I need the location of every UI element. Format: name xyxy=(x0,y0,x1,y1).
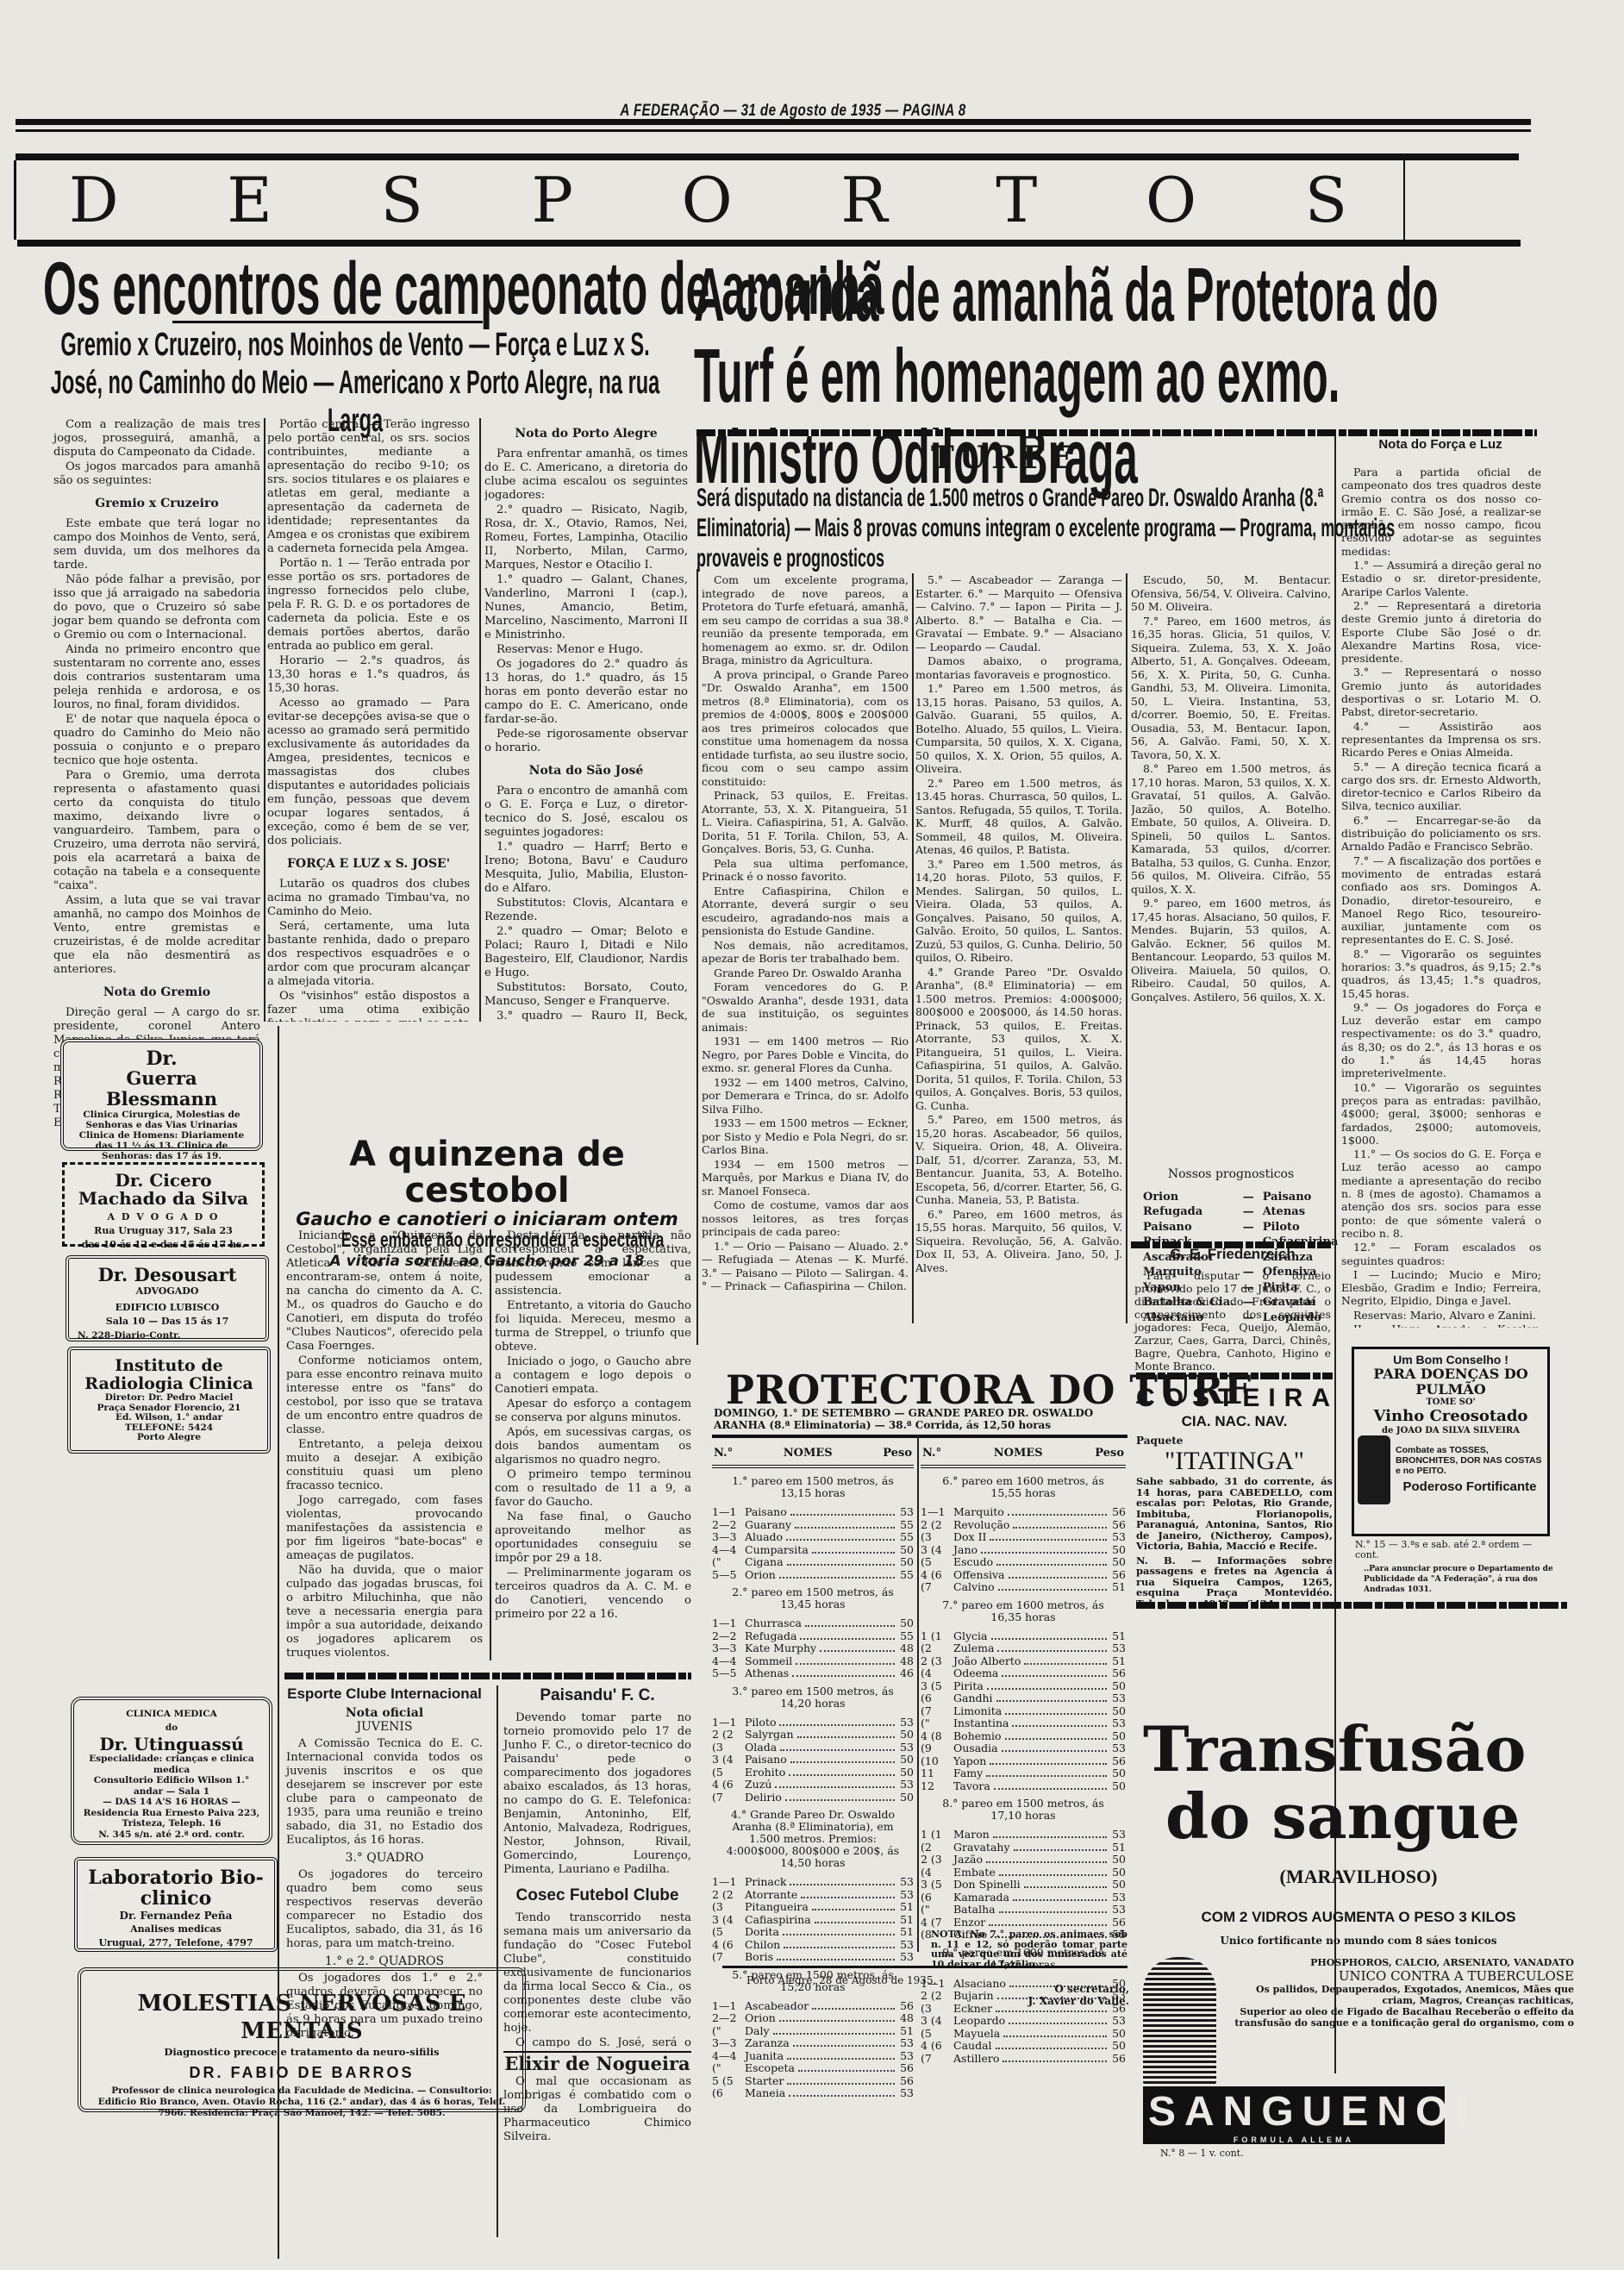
runner-row: 1 (1Maron53 xyxy=(921,1829,1126,1842)
runner-row: (5Mayuela50 xyxy=(921,2028,1126,2041)
paragraph: O primeiro tempo terminou com o resultad… xyxy=(495,1468,691,1510)
nota-sjose-title: Nota do São José xyxy=(484,764,688,778)
paragraph: Acesso ao gramado — Para evitar-se decep… xyxy=(267,697,470,848)
runner-row: (7Astillero56 xyxy=(921,2053,1126,2066)
ad-line: Professor de clinica neurologica da Facu… xyxy=(90,2086,514,2119)
paragraph: Não póde falhar a previsão, por isso que… xyxy=(53,573,260,642)
runner-row: (5Erohito50 xyxy=(712,1767,914,1779)
ad-line: Guerra Blessmann xyxy=(72,1068,251,1110)
cestobol-headline: A quinzena de cestobol xyxy=(284,1136,690,1209)
ad-line: Dr. Fernandez Peña xyxy=(86,1909,265,1923)
runner-row: (4Odeema56 xyxy=(921,1667,1126,1680)
gremio-column: Com a realização de mais tres jogos, pro… xyxy=(53,418,260,1127)
paragraph: E' de notar que naquela época o quadro d… xyxy=(53,713,260,768)
masthead-letter: S xyxy=(1305,164,1351,236)
table-column-rule xyxy=(917,1435,919,1952)
paragraph: 2.° — Representará a diretoria deste Gre… xyxy=(1341,599,1541,665)
paragraph: Os "visinhos" estão dispostos a fazer um… xyxy=(267,990,470,1022)
paragraph: 6.° Pareo, em 1600 metros, ás 15,55 hora… xyxy=(915,1208,1122,1275)
sanguenol-l9: Superior ao oleo de Figado de Bacalhau R… xyxy=(1223,2006,1574,2029)
turf-headline: A corrida de amanhã da Protetora do Turf… xyxy=(694,254,1515,497)
ad-line: DR. FABIO DE BARROS xyxy=(90,2064,514,2082)
paragraph: 5.° — Ascabeador — Zaranga — Estarter. 6… xyxy=(915,573,1122,653)
internacional-p2: Os jogadores do terceiro quadro bem como… xyxy=(286,1868,483,1951)
ad-line: Porto Alegre xyxy=(79,1433,259,1443)
prognostico-row: Refugada—Atenas xyxy=(1143,1205,1338,1219)
nota-gremio-title: Nota do Gremio xyxy=(53,985,260,999)
paragraph: Os jogadores do 2.° quadro ás 13 horas, … xyxy=(484,658,688,727)
internacional-p3: Os jogadores dos 1.° e 2.° quadros dever… xyxy=(286,1972,483,2041)
runner-row: (3Dox II53 xyxy=(921,1531,1126,1544)
sanguenol-formula: FORMULA ALLEMA xyxy=(1148,2136,1440,2144)
forca-sjose-body: Lutarão os quadros dos clubes acima no g… xyxy=(267,878,470,1022)
runner-row: 3—3Kate Murphy48 xyxy=(712,1642,914,1655)
paisandu-body: Devendo tomar parte no torneio promovido… xyxy=(503,1711,691,1877)
paragraph: Tendo transcorrido nesta semana mais um … xyxy=(503,1911,691,2035)
runner-row: ("Cigana50 xyxy=(712,1556,914,1569)
paragraph: O campo do S. José, será o local onde se… xyxy=(503,2036,691,2048)
paragraph: Substitutos: Borsato, Couto, Mancuso, Se… xyxy=(484,981,688,1009)
nota-sjose-body: Para o encontro de amanhã com o G. E. Fo… xyxy=(484,785,688,1022)
ad-line: Uruguai, 277, Telefone, 4797 xyxy=(86,1936,265,1950)
runner-row: 4 (6Caudal50 xyxy=(921,2040,1126,2053)
masthead-letter: T xyxy=(996,164,1040,236)
creosotado-l9: ..Para anunciar procure o Departamento d… xyxy=(1355,1564,1553,1595)
paragraph: Para o encontro de amanhã com o G. E. Fo… xyxy=(484,785,688,840)
paragraph: Este embate que terá logar no campo dos … xyxy=(53,517,260,572)
paragraph: Conforme noticiamos ontem, para esse enc… xyxy=(286,1354,483,1437)
paragraph: 1.° — Assumirá a direção geral no Estadi… xyxy=(1341,559,1541,598)
protectora-sign-name: J. Xavier do Valle. xyxy=(991,1995,1129,2007)
paragraph: Jogo carregado, com fases violentas, pro… xyxy=(286,1494,483,1563)
runner-row: 1—1Piloto53 xyxy=(712,1717,914,1729)
paragraph: 3.° quadro — Rauro II, Beck, Nestor, Tav… xyxy=(484,1010,688,1022)
runner-row: 2 (2Salyrgan50 xyxy=(712,1729,914,1742)
column-rule xyxy=(490,1229,491,1660)
paragraph: Damos abaixo, o programa, montarias favo… xyxy=(915,654,1122,681)
paragraph: 8.° Pareo em 1.500 metros, ás 17,10 hora… xyxy=(1131,762,1331,896)
runner-row: 1—1Churrasca50 xyxy=(712,1617,914,1630)
headline-divider xyxy=(696,429,1537,436)
section-masthead: DESPORTOS xyxy=(14,160,1405,240)
paragraph: Para a partida oficial de campeonato dos… xyxy=(1341,466,1541,558)
table-rule xyxy=(722,1966,1127,1968)
paragraph: 2.° quadro — Omar; Beloto e Polaci; Raur… xyxy=(484,925,688,980)
top-rule xyxy=(16,119,1531,125)
paragraph: 4.° Grande Pareo "Dr. Osvaldo Aranha", (… xyxy=(915,966,1122,1113)
paragraph: 10.° — Vigorarão os seguintes preços par… xyxy=(1341,1081,1541,1147)
runner-row: (3Olada53 xyxy=(712,1742,914,1754)
protectora-note: NOTA: No 7.° pareo os animaes sob n. 11 … xyxy=(931,1929,1127,1969)
paragraph: 3.° Pareo em 1.500 metros, ás 14,20 hora… xyxy=(915,858,1122,965)
masthead-letter: R xyxy=(840,164,890,236)
paragraph: 1.° quadro — Galant, Chanes, Vanderlino,… xyxy=(484,573,688,642)
runner-row: (7Calvino51 xyxy=(921,1581,1126,1594)
column-rule xyxy=(264,418,265,1022)
ad-instituto-radiologia: Instituto de Radiologia Clinica Diretor:… xyxy=(67,1347,271,1454)
runner-row: 4 (8Bohemio50 xyxy=(921,1730,1126,1743)
runner-row: 3 (4Leopardo53 xyxy=(921,2015,1126,2028)
paragraph: Pela sua ultima perfomance, Prinack é o … xyxy=(702,857,909,884)
friedenreich-note: G. E. Friedenreich Para disputar o torne… xyxy=(1134,1245,1331,1373)
column-rule xyxy=(278,1026,279,2259)
ad-line: — DAS 14 A'S 16 HORAS — xyxy=(83,1797,260,1808)
sanguenol-l6: PHOSPHOROS, CALCIO, ARSENIATO, VANADATO xyxy=(1223,1957,1574,1968)
paragraph: Horario — 2.°s quadros, ás 13,30 horas e… xyxy=(267,654,470,696)
friedenreich-title: G. E. Friedenreich xyxy=(1134,1245,1331,1264)
runner-row: 3 (4Jano50 xyxy=(921,1544,1126,1557)
runner-row: 3 (4Cafiaspirina51 xyxy=(712,1914,914,1927)
runner-row: (4Embate50 xyxy=(921,1867,1126,1879)
turfe-col3-text: Escudo, 50, M. Bentacur. Ofensiva, 56/54… xyxy=(1131,573,1331,1160)
ad-laboratorio-bioclinico: Laboratorio Bio-clinico Dr. Fernandez Pe… xyxy=(74,1857,278,1952)
column-rule xyxy=(479,418,481,1022)
masthead-letter: O xyxy=(1146,164,1200,236)
column-rule xyxy=(497,1685,498,2237)
sanguenol-brand-text: SANGUENOL xyxy=(1148,2088,1440,2136)
table-header: N.°NOMESPeso xyxy=(712,1443,914,1468)
paragraph: 3.° — Representará o nosso Gremio junto … xyxy=(1341,666,1541,718)
protectora-left-table: N.°NOMESPeso1.° pareo em 1500 metros, ás… xyxy=(712,1443,914,2100)
masthead-rule-bottom xyxy=(17,240,1521,247)
paragraph: Portão n. 1 — Terão entrada por esse por… xyxy=(267,557,470,653)
turfe-subheadline: Será disputado na distancia de 1.500 met… xyxy=(696,483,1421,573)
headline-underline xyxy=(172,321,483,323)
paragraph: Entretanto, a peleja deixou muito a dese… xyxy=(286,1438,483,1493)
paragraph: 7.° Pareo, em 1600 metros, ás 16,35 hora… xyxy=(1131,615,1331,762)
ad-line: das 10 ás 12 e das 15 ás 17 hs. xyxy=(73,1238,253,1252)
runner-row: 2—2Orion48 xyxy=(712,2012,914,2025)
protectora-sign-role: O secretario, xyxy=(1043,1983,1129,1995)
runner-row: 2—2Refugada55 xyxy=(712,1630,914,1643)
ad-line: Ed. Wilson, 1.° andar xyxy=(79,1413,259,1423)
protectora-sub: DOMINGO, 1.° DE SETEMBRO — GRANDE PAREO … xyxy=(714,1407,1126,1431)
column-rule xyxy=(912,573,914,1323)
paragraph: 7.° — A fiscalização dos portões e movim… xyxy=(1341,854,1541,947)
internacional-p1: A Comissão Tecnica do E. C. Internaciona… xyxy=(286,1737,483,1848)
runner-row: (10Yapon56 xyxy=(921,1755,1126,1768)
ad-costeira: COSTEIRA CIA. NAC. NAV. Paquete "ITATING… xyxy=(1136,1385,1333,1609)
internacional-note: Esporte Clube Internacional Nota oficial… xyxy=(286,1685,483,2042)
woman-illustration-icon xyxy=(1143,1957,1216,2086)
prognostico-row: Orion—Paisano xyxy=(1143,1191,1338,1204)
runner-row: 1 (1Glycia51 xyxy=(921,1630,1126,1643)
gremio-note-continued: Portão central — Terão ingresso pelo por… xyxy=(267,418,470,1022)
paragraph: 9.° — Os jogadores do Força e Luz deverã… xyxy=(1341,1001,1541,1080)
runner-row: 1—1Paisano53 xyxy=(712,1506,914,1519)
paragraph: Escudo, 50, M. Bentacur. Ofensiva, 56/54… xyxy=(1131,573,1331,614)
ad-line: Instituto de Radiologia Clinica xyxy=(79,1357,259,1393)
ad-line: Dr. Utinguassú xyxy=(83,1735,260,1754)
runner-row: 4 (6Zuzú53 xyxy=(712,1779,914,1792)
runner-row: 3 (5Pirita50 xyxy=(921,1680,1126,1693)
race-title: 4.° Grande Pareo Dr. Oswaldo Aranha (8.ª… xyxy=(726,1809,900,1869)
forca-sjose-title: FORÇA E LUZ x S. JOSE' xyxy=(267,857,470,871)
table-header: N.°NOMESPeso xyxy=(921,1443,1126,1468)
masthead-letter: O xyxy=(682,164,736,236)
prognosticos-title: Nossos prognosticos xyxy=(1131,1168,1331,1182)
paragraph: 1932 — em 1400 metros, Calvino, por Deme… xyxy=(702,1076,909,1116)
runner-row: (2Zulema53 xyxy=(921,1642,1126,1655)
prognostico-row: Paisano—Piloto xyxy=(1143,1221,1338,1235)
paragraph: 2.° quadro — Risicato, Nagib, Rosa, dr. … xyxy=(484,503,688,572)
nota-porto-title: Nota do Porto Alegre xyxy=(484,427,688,441)
section-divider xyxy=(1136,1602,1567,1609)
ad-vinho-creosotado: Um Bom Conselho ! PARA DOENÇAS DO PULMÃO… xyxy=(1352,1347,1550,1536)
cestobol-body-right: Desta fórma, a partida não correspondeu … xyxy=(495,1229,691,1660)
race-title: 2.° pareo em 1500 metros, ás 13,45 horas xyxy=(726,1586,900,1610)
paragraph: 11.° — Os socios do G. E. Força e Luz te… xyxy=(1341,1148,1541,1240)
runner-row: 1—1Ascabeador56 xyxy=(712,2000,914,2013)
paragraph: Reservas: Menor e Hugo. xyxy=(484,643,688,657)
paragraph: 12.° — Foram escalados os seguintes quad… xyxy=(1341,1241,1541,1267)
masthead-letter: P xyxy=(532,164,577,236)
runner-row: ("Instantina53 xyxy=(921,1717,1126,1730)
turfe-col1-text: Com um excelente programa, integrado de … xyxy=(702,573,909,1293)
sanguenol-brand: SANGUENOL FORMULA ALLEMA xyxy=(1143,2086,1445,2144)
cestobol-body-left: Iniciando a "Quinzena do Cestobol", orga… xyxy=(286,1229,483,1660)
ad-line: Consultorio Edificio Wilson 1.° andar — … xyxy=(83,1775,260,1797)
paragraph: 6.° — Encarregar-se-ão da distribuição d… xyxy=(1341,814,1541,854)
turfe-col3: Escudo, 50, M. Bentacur. Ofensiva, 56/54… xyxy=(1131,573,1331,1326)
runner-row: 2—2Guarany55 xyxy=(712,1519,914,1532)
runner-row: 4—4Cumparsita50 xyxy=(712,1544,914,1557)
paragraph: Para o Gremio, uma derrota representa o … xyxy=(53,769,260,893)
cestobol-sub1: Gaucho e canotieri o iniciaram ontem xyxy=(284,1209,690,1229)
ad-line: ADVOGADO xyxy=(78,1285,257,1298)
protectora-title: PROTECTORA DO TURF xyxy=(726,1366,1252,1413)
ad-sanguenol: Transfusão do sangue (MARAVILHOSO) COM 2… xyxy=(1143,1716,1574,2159)
column-rule xyxy=(1126,573,1127,1323)
paragraph: A prova principal, o Grande Pareo "Dr. O… xyxy=(702,668,909,789)
runner-row: ("Batalha53 xyxy=(921,1904,1126,1917)
paragraph: Entre Cafiaspirina, Chilon e Atorrante, … xyxy=(702,885,909,938)
ad-line: Especialidade: crianças e clinica medica xyxy=(83,1754,260,1775)
ad-dr-utinguassu: CLINICA MEDICA do Dr. Utinguassú Especia… xyxy=(71,1697,272,1845)
paragraph: Foram vencedores do G. P. "Oswaldo Aranh… xyxy=(702,980,909,1034)
paisandu-title: Paisandu' F. C. xyxy=(503,1685,691,1706)
ad-line: Dr. xyxy=(72,1049,251,1068)
top-rule-thin xyxy=(16,129,1531,132)
runner-row: 2 (3Jazão50 xyxy=(921,1854,1126,1867)
runner-row: (7Boris53 xyxy=(712,1951,914,1964)
ad-line: Residencia Rua Ernesto Paiva 223, Triste… xyxy=(83,1808,260,1829)
ad-line: Analises medicas xyxy=(86,1923,265,1936)
section-divider xyxy=(284,1673,691,1679)
runner-row: 4 (6Chilon53 xyxy=(712,1939,914,1952)
paragraph: — Preliminarmente jogaram os terceiros q… xyxy=(495,1566,691,1622)
elixir-title: Elixir de Nogueira xyxy=(503,2053,691,2075)
internacional-sub: Nota oficial xyxy=(286,1706,483,1720)
paragraph: Portão central — Terão ingresso pelo por… xyxy=(267,418,470,556)
paragraph: Prinack, 53 quilos, E. Freitas. Atorrant… xyxy=(702,789,909,856)
paragraph: Nos demais, não acreditamos, apezar de B… xyxy=(702,939,909,966)
runner-row: ("Escopeta56 xyxy=(712,2062,914,2075)
cestobol-paragraphs: Desta fórma, a partida não correspondeu … xyxy=(495,1229,691,1622)
paragraph: Entretanto, a vitoria do Gaucho foi liqu… xyxy=(495,1299,691,1354)
sanguenol-l4: COM 2 VIDROS AUGMENTA O PESO 3 KILOS xyxy=(1143,1909,1574,1926)
internacional-q3: 3.° QUADRO xyxy=(286,1851,483,1865)
creosotado-l4: Vinho Creosotado xyxy=(1358,1407,1544,1426)
race-title: 1.° pareo em 1500 metros, ás 13,15 horas xyxy=(726,1475,900,1499)
paragraph: I — Lucindo; Mucio e Miro; Elesbão, Grad… xyxy=(1341,1268,1541,1308)
paragraph: Desta fórma, a partida não correspondeu … xyxy=(495,1229,691,1298)
runner-row: 4—4Juanita53 xyxy=(712,2050,914,2063)
ad-line: A D V O G A D O xyxy=(73,1210,253,1224)
runner-row: 5 (5Starter56 xyxy=(712,2075,914,2088)
forca-luz-title: Nota do Força e Luz xyxy=(1341,437,1540,452)
runner-row: (2Gravatahy51 xyxy=(921,1842,1126,1854)
forca-luz-paragraphs: Para a partida oficial de campeonato dos… xyxy=(1341,466,1541,1328)
paragraph: Pede-se rigorosamente observar o horario… xyxy=(484,728,688,755)
ad-line: Diagnostico precoce e tratamento da neur… xyxy=(90,2045,514,2059)
runner-row: (7Limonita50 xyxy=(921,1705,1126,1718)
ad-cicero-machado: Dr. Cicero Machado da Silva A D V O G A … xyxy=(62,1162,265,1247)
creosotado-footer: N.° 15 — 3.ªs e sab. até 2.ª ordem — con… xyxy=(1355,1540,1553,1595)
intro-text: Com a realização de mais tres jogos, pro… xyxy=(53,418,260,460)
paragraph: 1934 — em 1500 metros — Marquês, por Mar… xyxy=(702,1158,909,1198)
paragraph: 5.° — A direção tecnica ficará a cargo d… xyxy=(1341,760,1541,813)
paragraph: Será, certamente, uma luta bastante renh… xyxy=(267,920,470,989)
paragraph: Para enfrentar amanhã, os times do E. C.… xyxy=(484,447,688,503)
sanguenol-l7: UNICO CONTRA A TUBERCULOSE xyxy=(1223,1968,1574,1984)
column-rule xyxy=(696,569,698,1345)
creosotado-l8: N.° 15 — 3.ªs e sab. até 2.ª ordem — con… xyxy=(1355,1540,1553,1560)
race-title: 8.° pareo em 1500 metros, ás 17,10 horas xyxy=(934,1798,1112,1822)
ad-line: Clinica Cirurgica, Molestias de Senhoras… xyxy=(72,1110,251,1130)
runner-row: 5—5Athenas46 xyxy=(712,1667,914,1680)
runner-row: 4—4Sommeil48 xyxy=(712,1655,914,1668)
gremio-cruzeiro-title: Gremio x Cruzeiro xyxy=(53,497,260,510)
paragraph: 8.° — Vigorarão os seguintes horarios: 3… xyxy=(1341,947,1541,1000)
bottle-icon xyxy=(1358,1435,1390,1504)
costeira-ship: "ITATINGA" xyxy=(1136,1447,1333,1476)
table-rule xyxy=(712,1435,1127,1438)
protectora-date: Porto Alegre, 28 de Agosto de 1935. xyxy=(746,1974,936,1986)
protectora-right-table: N.°NOMESPeso6.° pareo em 1600 metros, ás… xyxy=(921,1443,1126,2065)
runner-row: 1—1Marquito56 xyxy=(921,1506,1126,1519)
intro-text-2: Os jogos marcados para amanhã são os seg… xyxy=(53,460,260,488)
sanguenol-l3: (MARAVILHOSO) xyxy=(1143,1866,1574,1888)
runner-row: (6Maneia53 xyxy=(712,2087,914,2100)
ad-line: Clinica de Homens: Diariamente das 11 ½ … xyxy=(72,1130,251,1161)
race-title: 7.° pareo em 1600 metros, ás 16,35 horas xyxy=(934,1599,1112,1623)
ad-line: N. 345 s/n. até 2.ª ord. contr. xyxy=(83,1829,260,1841)
cosec-body: Tendo transcorrido nesta semana mais um … xyxy=(503,1911,691,2048)
runner-row: 11Famy50 xyxy=(921,1767,1126,1780)
sanguenol-l10: N.° 8 — 1 v. cont. xyxy=(1143,2148,1574,2159)
costeira-paquete: Paquete xyxy=(1136,1435,1333,1447)
gremio-cruzeiro-body: Este embate que terá logar no campo dos … xyxy=(53,517,260,977)
internacional-title: Esporte Clube Internacional xyxy=(286,1685,483,1703)
elixir-body: O mal que occasionam as lombrigas é comb… xyxy=(503,2075,691,2144)
friedenreich-body: Para disputar o torneio promovido pelo 1… xyxy=(1134,1269,1331,1373)
turfe-col1: Com um excelente programa, integrado de … xyxy=(702,573,909,1323)
costeira-route: Sahe sabbado, 31 do corrente, ás 14 hora… xyxy=(1136,1476,1333,1552)
paragraph: 9.° pareo, em 1600 metros, ás 17,45 hora… xyxy=(1131,897,1331,1004)
runner-row: (3Pitangueira51 xyxy=(712,1901,914,1914)
turfe-title: TURFE xyxy=(931,440,1078,476)
paragraph: 1.° Pareo em 1.500 metros, ás 13,15 hora… xyxy=(915,682,1122,776)
race-title: 3.° pareo em 1500 metros, ás 14,20 horas xyxy=(726,1685,900,1710)
ad-line: Rua Uruguay 317, Sala 23 xyxy=(73,1224,253,1238)
runner-row: 1—1Prinack53 xyxy=(712,1876,914,1889)
creosotado-l1: Um Bom Conselho ! xyxy=(1358,1353,1544,1366)
paragraph: 1.° quadro — Harrf; Berto e Ireno; Boton… xyxy=(484,841,688,896)
paragraph: Lutarão os quadros dos clubes acima no g… xyxy=(267,878,470,919)
ad-desousart: Dr. Desousart ADVOGADO EDIFICIO LUBISCO … xyxy=(66,1255,269,1341)
masthead-letter: E xyxy=(227,164,276,236)
paragraph: 4.° — Assistirão aos representantes da I… xyxy=(1341,720,1541,760)
sanguenol-l8: Os pallidos, Depauperados, Exgotados, An… xyxy=(1223,1984,1574,2006)
paragraph: Na fase final, o Gaucho aproveitando mel… xyxy=(495,1510,691,1566)
clubs-notes-column: Nota do Porto Alegre Para enfrentar aman… xyxy=(484,418,688,1022)
internacional-q12: 1.° e 2.° QUADROS xyxy=(286,1954,483,1968)
cestobol-paragraphs: Iniciando a "Quinzena do Cestobol", orga… xyxy=(286,1229,483,1660)
runner-row: (6Kamarada53 xyxy=(921,1892,1126,1904)
paragraph: Grande Pareo Dr. Oswaldo Aranha xyxy=(702,966,909,980)
ad-line: CLINICA MEDICA xyxy=(83,1707,260,1721)
ad-line: EDIFICIO LUBISCO xyxy=(78,1301,257,1315)
page-folio: A FEDERAÇÃO — 31 de Agosto de 1935 — PAG… xyxy=(586,102,1000,121)
paragraph: 1933 — em 1500 metros — Eckner, por Sist… xyxy=(702,1116,909,1157)
runner-row: (5Escudo50 xyxy=(921,1556,1126,1569)
runner-row: (7Delirio50 xyxy=(712,1792,914,1804)
runner-row: 2 (2Revolução56 xyxy=(921,1519,1126,1532)
runner-row: 4 (7Enzor56 xyxy=(921,1917,1126,1929)
runner-row: 2 (2Atorrante53 xyxy=(712,1889,914,1902)
cosec-title: Cosec Futebol Clube xyxy=(503,1885,691,1906)
runner-row: 3—3Aluado55 xyxy=(712,1531,914,1544)
sanguenol-l2: do sangue xyxy=(1143,1783,1574,1850)
masthead-letter: S xyxy=(381,164,427,236)
sanguenol-l5: Unico fortificante no mundo com 8 sáes t… xyxy=(1143,1935,1574,1947)
paragraph: Após, em sucessivas cargas, os dois band… xyxy=(495,1426,691,1467)
left-headline: Os encontros de campeonato de amanhã xyxy=(43,250,518,328)
costeira-sub: CIA. NAC. NAV. xyxy=(1136,1412,1333,1431)
paragraph: 2.° Pareo em 1.500 metros, ás 13.45 hora… xyxy=(915,777,1122,857)
creosotado-l6: Combate as TOSSES, BRONCHITES, DOR NAS C… xyxy=(1396,1445,1544,1476)
paragraph: 1.° — Orio — Paisano — Aluado. 2.° — Ref… xyxy=(702,1240,909,1293)
turfe-col2: 5.° — Ascabeador — Zaranga — Estarter. 6… xyxy=(915,573,1122,1323)
turfe-col2-text: 5.° — Ascabeador — Zaranga — Estarter. 6… xyxy=(915,573,1122,1274)
runner-row: 3 (4Paisano50 xyxy=(712,1754,914,1767)
paragraph: Iniciando a "Quinzena do Cestobol", orga… xyxy=(286,1229,483,1354)
nota-porto-body: Para enfrentar amanhã, os times do E. C.… xyxy=(484,447,688,755)
runner-row: ("Daly51 xyxy=(712,2025,914,2038)
creosotado-l3: TOME SO' xyxy=(1358,1398,1544,1407)
costeira-info: N. B. — Informações sobre passagens e fr… xyxy=(1136,1555,1333,1610)
runner-row: 3—3Zaranza53 xyxy=(712,2037,914,2050)
masthead-rule-top xyxy=(16,153,1519,160)
paragraph: II — Hugo; Amado e Kessler; Juca, Lopes … xyxy=(1341,1323,1541,1328)
paragraph: Reservas: Mario, Alvaro e Zanini. xyxy=(1341,1309,1541,1322)
nota-gremio-continued: Portão central — Terão ingresso pelo por… xyxy=(267,418,470,848)
ad-line: N. 228-Diario-Contr. xyxy=(78,1329,257,1342)
runner-row: 12Tavora50 xyxy=(921,1780,1126,1793)
ad-line: Laboratorio Bio-clinico xyxy=(86,1867,265,1909)
creosotado-l5: de JOAO DA SILVA SILVEIRA xyxy=(1358,1426,1544,1435)
race-title: 6.° pareo em 1600 metros, ás 15,55 horas xyxy=(934,1475,1112,1499)
paisandu-note: Paisandu' F. C. Devendo tomar parte no t… xyxy=(503,1685,691,2145)
paragraph: Iniciado o jogo, o Gaucho abre a contage… xyxy=(495,1355,691,1397)
paragraph: Não ha duvida, que o maior culpado das j… xyxy=(286,1564,483,1660)
ad-guerra-blessmann: Dr. Guerra Blessmann Clinica Cirurgica, … xyxy=(60,1039,263,1151)
creosotado-l2: PARA DOENÇAS DO PULMÃO xyxy=(1358,1366,1544,1398)
runner-row: 4 (6Offensiva56 xyxy=(921,1569,1126,1582)
paragraph: Ainda no primeiro encontro que sustentar… xyxy=(53,643,260,712)
ad-line: do xyxy=(83,1721,260,1735)
